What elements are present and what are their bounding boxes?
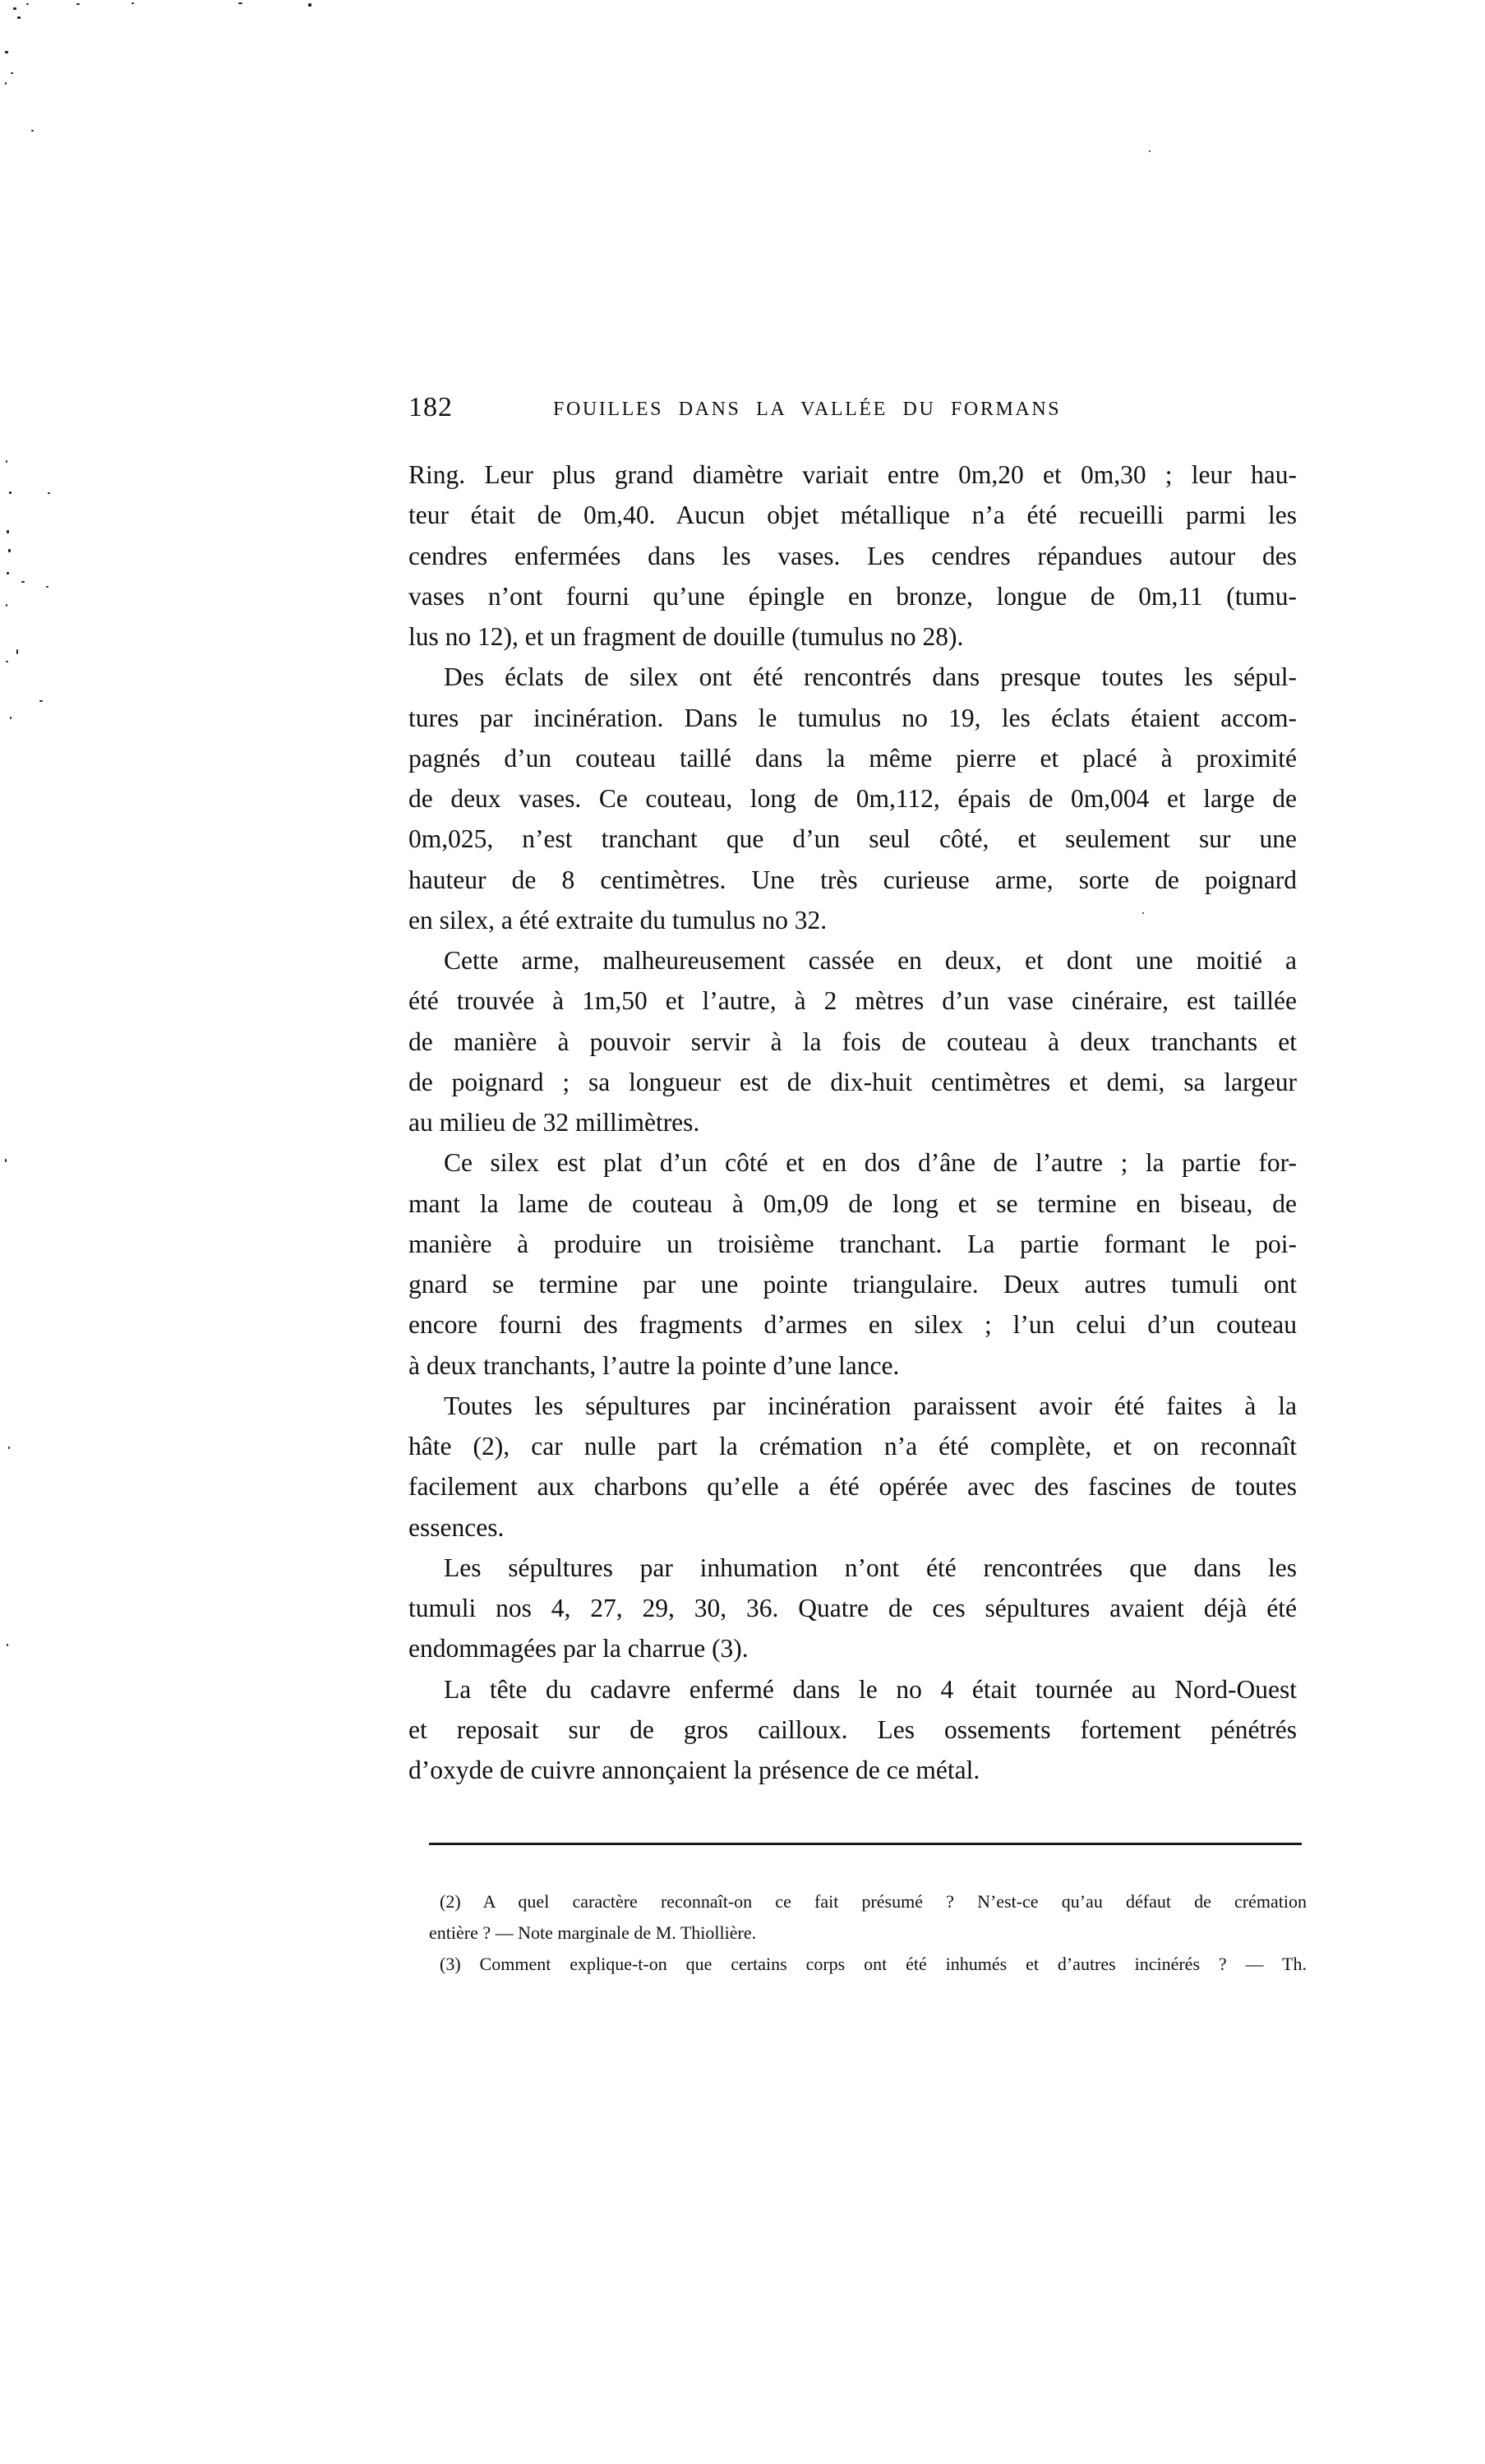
footnote-2: (2) A quel caractère reconnaît-on ce fai… [429, 1886, 1307, 1917]
text-line: au milieu de 32 millimètres. [408, 1102, 1297, 1142]
text-line: cendres enfermées dans les vases. Les ce… [408, 536, 1297, 576]
paragraph-start: La tête du cadavre enfermé dans le no 4 … [408, 1669, 1297, 1710]
text-line: endommagées par la charrue (3). [408, 1628, 1297, 1668]
footnote-2-continued: entière ? — Note marginale de M. Thiolli… [429, 1917, 1307, 1949]
text-line: hauteur de 8 centimètres. Une très curie… [408, 860, 1297, 900]
text-line: tumuli nos 4, 27, 29, 30, 36. Quatre de … [408, 1588, 1297, 1628]
paragraph-start: Toutes les sépultures par incinération p… [408, 1386, 1297, 1426]
paragraph-start: Cette arme, malheureusement cassée en de… [408, 940, 1297, 981]
running-title: FOUILLES DANS LA VALLÉE DU FORMANS [553, 393, 1061, 426]
text-line: encore fourni des fragments d’armes en s… [408, 1304, 1297, 1345]
text-line: Ring. Leur plus grand diamètre variait e… [408, 455, 1297, 495]
text-line: et reposait sur de gros cailloux. Les os… [408, 1710, 1297, 1750]
text-line: vases n’ont fourni qu’une épingle en bro… [408, 576, 1297, 616]
text-line: été trouvée à 1m,50 et l’autre, à 2 mètr… [408, 981, 1297, 1021]
text-line: de poignard ; sa longueur est de dix-hui… [408, 1062, 1297, 1102]
text-line: de manière à pouvoir servir à la fois de… [408, 1022, 1297, 1062]
text-line: essences. [408, 1507, 1297, 1548]
text-line: 0m,025, n’est tranchant que d’un seul cô… [408, 819, 1297, 859]
text-line: de deux vases. Ce couteau, long de 0m,11… [408, 778, 1297, 819]
page-number: 182 [408, 390, 453, 426]
text-line: tures par incinération. Dans le tumulus … [408, 698, 1297, 738]
footnotes: (2) A quel caractère reconnaît-on ce fai… [429, 1886, 1307, 1980]
paragraph-start: Les sépultures par inhumation n’ont été … [408, 1548, 1297, 1588]
text-line: lus no 12), et un fragment de douille (t… [408, 616, 1297, 657]
text-line: manière à produire un troisième tranchan… [408, 1224, 1297, 1264]
text-line: teur était de 0m,40. Aucun objet métalli… [408, 495, 1297, 535]
document-page: 182 FOUILLES DANS LA VALLÉE DU FORMANS R… [0, 0, 1485, 2464]
text-line: hâte (2), car nulle part la crémation n’… [408, 1426, 1297, 1466]
footnote-divider [429, 1843, 1302, 1845]
text-line: facilement aux charbons qu’elle a été op… [408, 1466, 1297, 1507]
body-text: Ring. Leur plus grand diamètre variait e… [408, 455, 1297, 1790]
text-line: pagnés d’un couteau taillé dans la même … [408, 738, 1297, 778]
running-head: 182 FOUILLES DANS LA VALLÉE DU FORMANS [408, 390, 1297, 426]
paragraph-start: Ce silex est plat d’un côté et en dos d’… [408, 1142, 1297, 1183]
paragraph-start: Des éclats de silex ont été rencontrés d… [408, 657, 1297, 697]
text-line: gnard se termine par une pointe triangul… [408, 1264, 1297, 1304]
text-line: en silex, a été extraite du tumulus no 3… [408, 900, 1297, 940]
text-line: à deux tranchants, l’autre la pointe d’u… [408, 1345, 1297, 1386]
footnote-3: (3) Comment explique-t-on que certains c… [429, 1949, 1307, 1980]
text-line: mant la lame de couteau à 0m,09 de long … [408, 1184, 1297, 1224]
text-line: d’oxyde de cuivre annonçaient la présenc… [408, 1750, 1297, 1790]
